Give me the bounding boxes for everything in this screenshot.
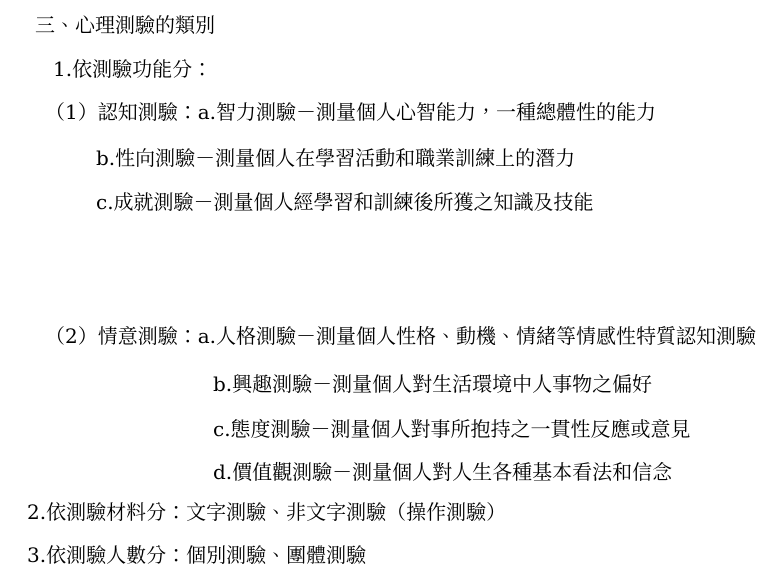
sub-item-affective-tests: （2）情意測驗：a.人格測驗－測量個人性格、動機、情緒等情感性特質認知測驗 [45, 325, 756, 347]
sub-item-interest-test: b.興趣測驗－測量個人對生活環境中人事物之偏好 [213, 373, 652, 395]
document-page: 三、心理測驗的類別 1.依測驗功能分： （1）認知測驗：a.智力測驗－測量個人心… [0, 0, 777, 575]
sub-item-achievement-test: c.成就測驗－測量個人經學習和訓練後所獲之知識及技能 [96, 191, 594, 213]
sub-item-cognitive-tests: （1）認知測驗：a.智力測驗－測量個人心智能力，一種總體性的能力 [45, 101, 656, 123]
sub-item-values-test: d.價值觀測驗－測量個人對人生各種基本看法和信念 [213, 461, 672, 483]
numbered-item-1-function: 1.依測驗功能分： [53, 58, 212, 80]
sub-item-attitude-test: c.態度測驗－測量個人對事所抱持之一貫性反應或意見 [213, 418, 691, 440]
numbered-item-3-people: 3.依測驗人數分：個別測驗、團體測驗 [27, 544, 366, 566]
numbered-item-2-material: 2.依測驗材料分：文字測驗、非文字測驗（操作測驗） [27, 501, 506, 523]
sub-item-aptitude-test: b.性向測驗－測量個人在學習活動和職業訓練上的潛力 [96, 147, 575, 169]
document-heading: 三、心理測驗的類別 [35, 14, 215, 36]
